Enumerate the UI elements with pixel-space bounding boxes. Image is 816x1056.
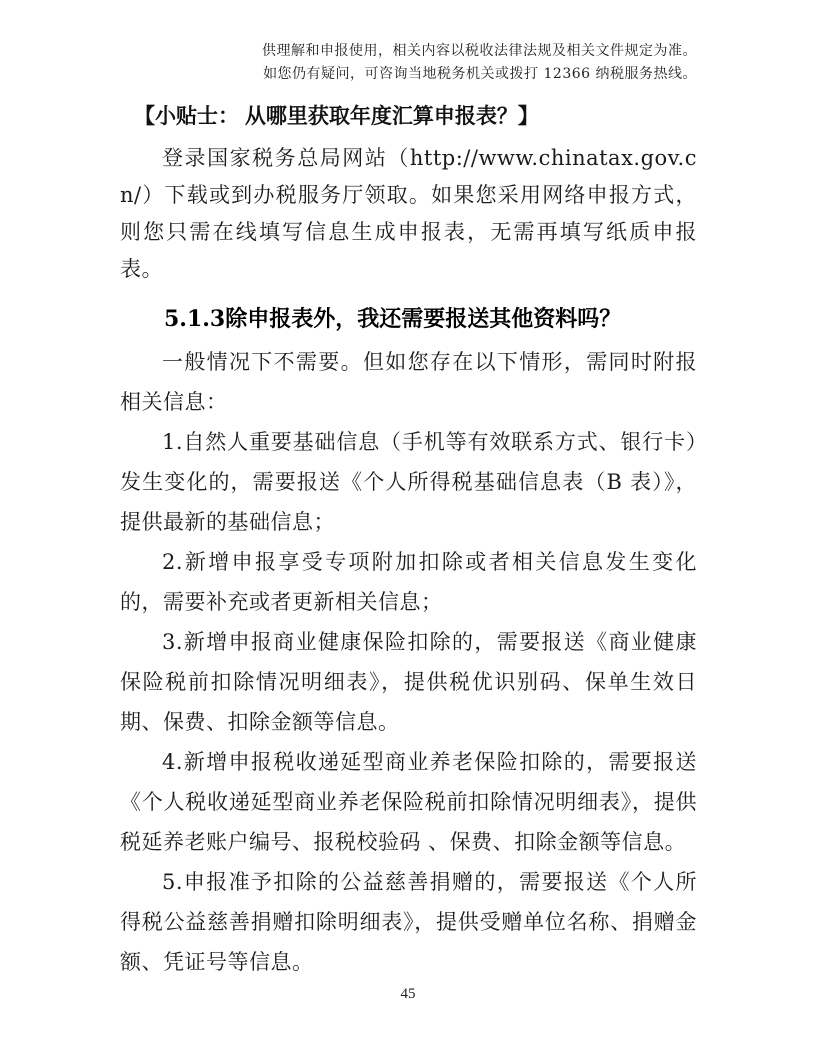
header-note-line-1: 供理解和申报使用，相关内容以税收法律法规及相关文件规定为准。: [120, 40, 697, 63]
tip-body-paragraph: 登录国家税务总局网站（http://www.chinatax.gov.cn/）下…: [120, 140, 697, 288]
page-number: 45: [0, 986, 816, 1003]
list-item-4: 4.新增申报税收递延型商业养老保险扣除的，需要报送《个人税收递延型商业养老保险税…: [120, 742, 697, 862]
list-item-1: 1.自然人重要基础信息（手机等有效联系方式、银行卡）发生变化的，需要报送《个人所…: [120, 422, 697, 542]
tip-title: 【小贴士： 从哪里获取年度汇算申报表？】: [120, 104, 697, 130]
list-item-3: 3.新增申报商业健康保险扣除的，需要报送《商业健康保险税前扣除情况明细表》，提供…: [120, 622, 697, 742]
list-item-2: 2.新增申报享受专项附加扣除或者相关信息发生变化的，需要补充或者更新相关信息；: [120, 542, 697, 622]
document-page: 供理解和申报使用，相关内容以税收法律法规及相关文件规定为准。 如您仍有疑问，可咨…: [0, 0, 816, 1056]
header-note-line-2: 如您仍有疑问，可咨询当地税务机关或拨打 12366 纳税服务热线。: [120, 63, 697, 86]
section-heading: 5.1.3除申报表外，我还需要报送其他资料吗？: [120, 304, 697, 334]
header-note: 供理解和申报使用，相关内容以税收法律法规及相关文件规定为准。 如您仍有疑问，可咨…: [120, 40, 697, 86]
list-item-5: 5.申报准予扣除的公益慈善捐赠的，需要报送《个人所得税公益慈善捐赠扣除明细表》，…: [120, 862, 697, 982]
section-intro-paragraph: 一般情况下不需要。但如您存在以下情形，需同时附报相关信息：: [120, 342, 697, 422]
